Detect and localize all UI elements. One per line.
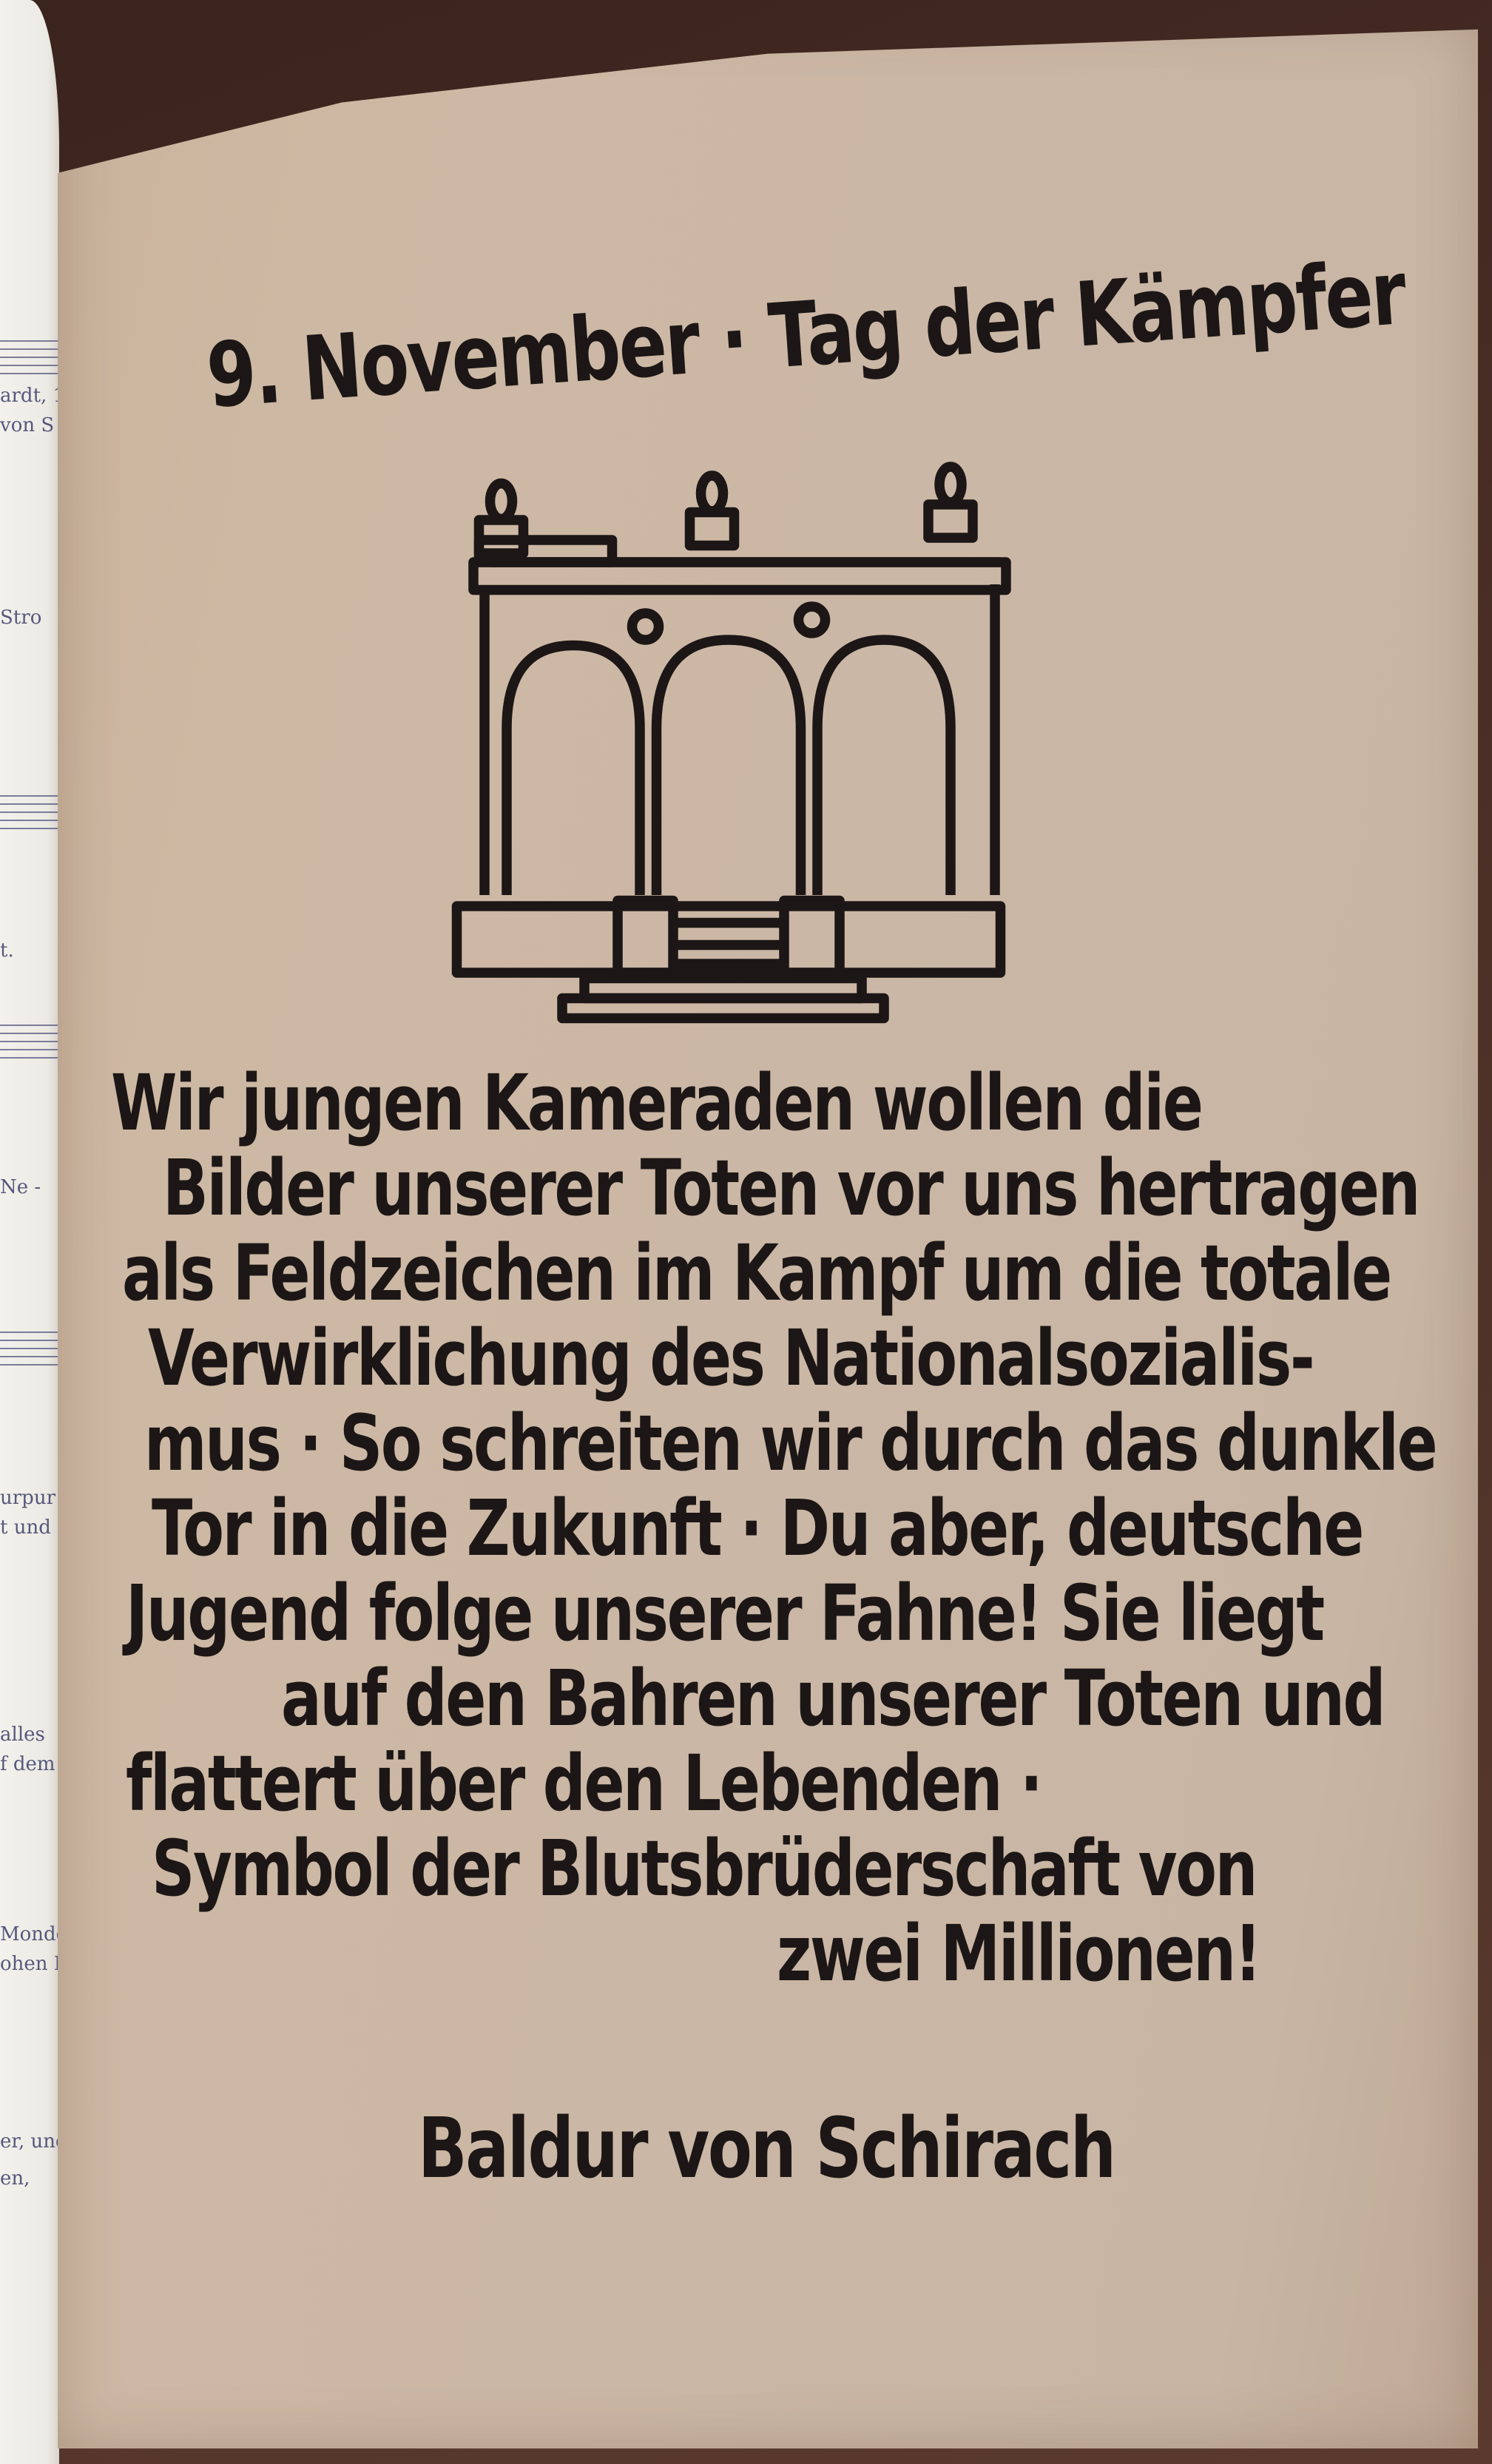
left-page-text: en,: [0, 2167, 30, 2190]
author-signature: Baldur von Schirach: [418, 2101, 1115, 2197]
music-staff: [0, 1331, 59, 1366]
left-page-text: urpur: [0, 1487, 55, 1509]
left-page-text: Stro: [0, 607, 41, 629]
left-page-text: von S: [0, 414, 54, 436]
left-page-text: er, und: [0, 2130, 59, 2153]
body-line: Tor in die Zukunft · Du aber, deutsche: [152, 1483, 1363, 1573]
left-page-text: t und: [0, 1516, 51, 1539]
arcade-building-illustration: [436, 451, 1021, 1028]
music-staff: [0, 1025, 59, 1059]
left-page-text: t.: [0, 939, 14, 962]
left-page-text: ohen E: [0, 1953, 59, 1975]
left-page-text: ardt, 17: [0, 385, 59, 407]
left-page-text: f dem: [0, 1753, 55, 1775]
left-page-text: Ne -: [0, 1176, 41, 1198]
body-line: Jugend folge unserer Fahne! Sie liegt: [126, 1568, 1323, 1658]
left-page-text: Monde: [0, 1923, 59, 1945]
music-staff: [0, 340, 59, 374]
left-page-edge: ardt, 17 von S Stro t. Ne - urpur t und …: [0, 0, 59, 2464]
body-line: zwei Millionen!: [777, 1908, 1260, 1999]
body-line: auf den Bahren unserer Toten und: [281, 1653, 1384, 1744]
left-page-text: alles: [0, 1724, 45, 1746]
body-line: Verwirklichung des Nationalsozialis-: [148, 1313, 1313, 1403]
body-line: flattert über den Lebenden ·: [126, 1738, 1042, 1829]
body-line: mus · So schreiten wir durch das dunkle: [144, 1398, 1436, 1488]
body-line: Bilder unserer Toten vor uns hertragen: [163, 1143, 1419, 1233]
music-staff: [0, 795, 59, 829]
body-line: Wir jungen Kameraden wollen die: [111, 1058, 1202, 1148]
body-line: Symbol der Blutsbrüderschaft von: [152, 1823, 1256, 1914]
body-line: als Feldzeichen im Kampf um die totale: [122, 1228, 1391, 1318]
